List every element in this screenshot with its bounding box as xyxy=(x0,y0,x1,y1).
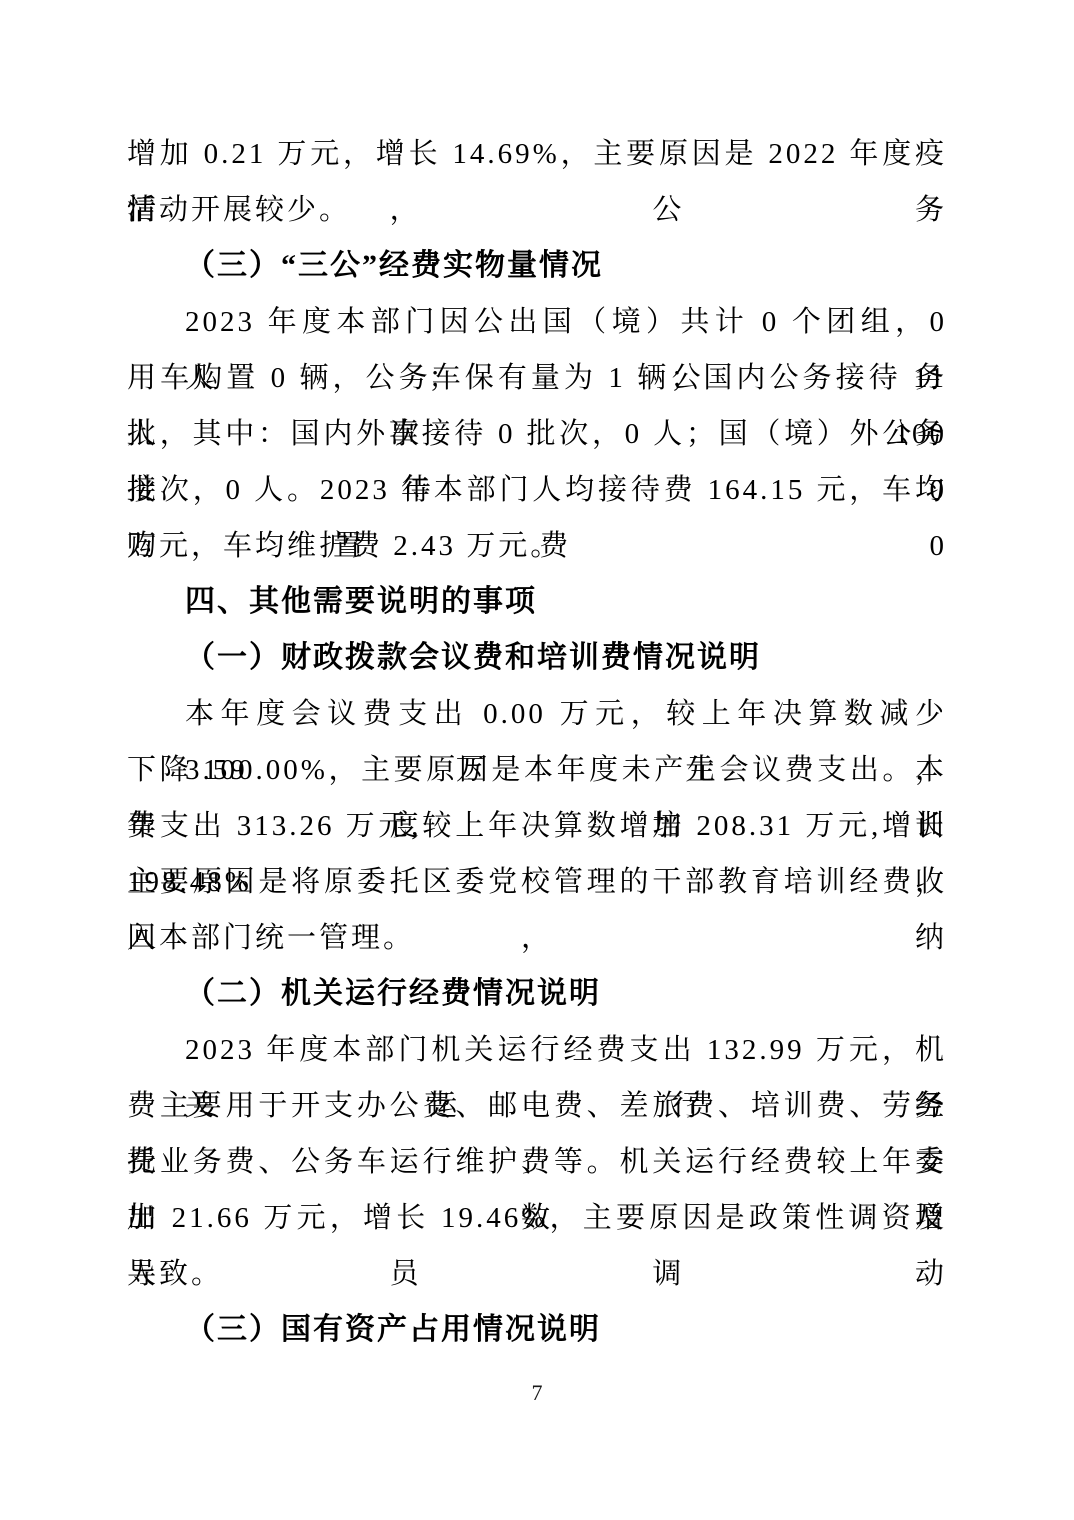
text-line: 加 21.66 万元，增长 19.46%，主要原因是政策性调资及人员调动 xyxy=(127,1190,947,1246)
page-footer: 7 xyxy=(0,1380,1074,1406)
sub-section-heading: （三）“三公”经费实物量情况 xyxy=(127,238,947,294)
text-line: 人，其中：国内外事接待 0 批次，0 人；国（境）外公务接待 0 xyxy=(127,406,947,462)
sub-section-heading: （一）财政拨款会议费和培训费情况说明 xyxy=(127,630,947,686)
text-line: 费支出 313.26 万元,较上年决算数增加 208.31 万元,增长 198.… xyxy=(127,798,947,854)
text-line: 托业务费、公务车运行维护费等。机关运行经费较上年支出数增 xyxy=(127,1134,947,1190)
text-line: 本年度会议费支出 0.00 万元，较上年决算数减少 3.59 万元， xyxy=(127,686,947,742)
text-line: 主要原因是将原委托区委党校管理的干部教育培训经费收回，纳 xyxy=(127,854,947,910)
text-line: 2023 年度本部门因公出国（境）共计 0 个团组，0 人；公务 xyxy=(127,294,947,350)
text-line: 2023 年度本部门机关运行经费支出 132.99 万元，机关运行经 xyxy=(127,1022,947,1078)
text-line: 批次，0 人。2023 年本部门人均接待费 164.15 元，车均购置费 0 xyxy=(127,462,947,518)
text-line: 用车购置 0 辆，公务车保有量为 1 辆；国内公务接待 11 批次 100 xyxy=(127,350,947,406)
text-line: 增加 0.21 万元，增长 14.69%，主要原因是 2022 年度疫情，公务 xyxy=(127,126,947,182)
text-line: 费主要用于开支办公费、邮电费、差旅费、培训费、劳务费、委 xyxy=(127,1078,947,1134)
sub-section-heading: （三）国有资产占用情况说明 xyxy=(127,1302,947,1358)
document-page: 增加 0.21 万元，增长 14.69%，主要原因是 2022 年度疫情，公务活… xyxy=(0,0,1074,1520)
text-line: 下降 100.00%，主要原因是本年度未产生会议费支出。本年度培训 xyxy=(127,742,947,798)
page-number: 7 xyxy=(532,1380,543,1405)
sub-section-heading: （二）机关运行经费情况说明 xyxy=(127,966,947,1022)
section-heading: 四、其他需要说明的事项 xyxy=(127,574,947,630)
document-body: 增加 0.21 万元，增长 14.69%，主要原因是 2022 年度疫情，公务活… xyxy=(127,126,947,1358)
